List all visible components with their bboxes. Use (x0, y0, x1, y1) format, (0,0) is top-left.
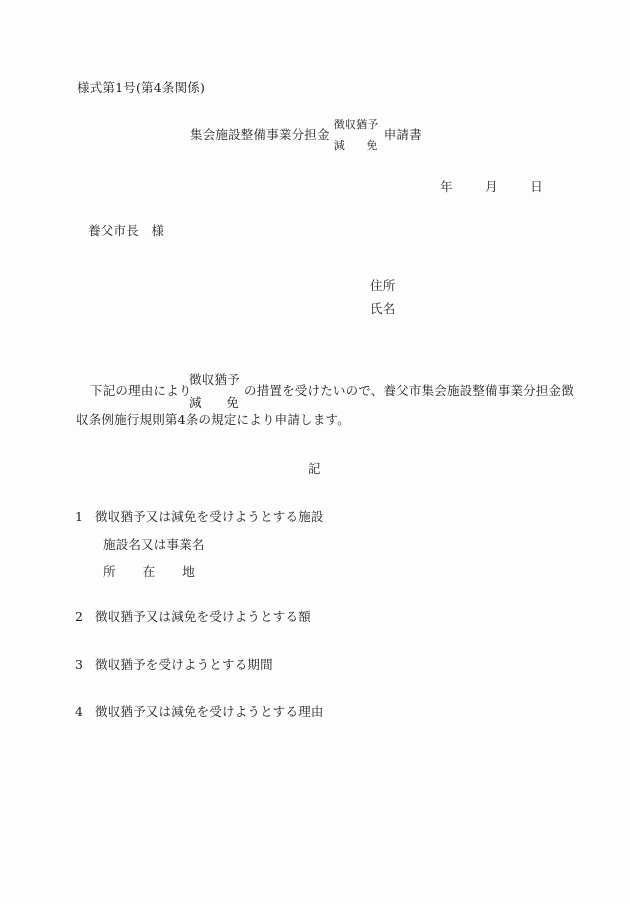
item-1-number: 1 (75, 509, 95, 524)
item-4-number: 4 (75, 704, 95, 719)
form-number: 様式第1号(第4条関係) (77, 80, 205, 95)
list-item-3: 3 徴収猶予を受けようとする期間 (75, 657, 273, 672)
location-char-2: 在 (143, 564, 156, 579)
body-stacked-options: 徴収猶予 減 免 (189, 368, 239, 414)
title-reduction-right-char: 免 (367, 135, 378, 156)
body-reduction-right-char: 免 (226, 391, 239, 414)
name-label: 氏名 (370, 301, 395, 316)
item-3-text: 徴収猶予を受けようとする期間 (95, 657, 273, 672)
list-item-2: 2 徴収猶予又は減免を受けようとする額 (75, 609, 311, 624)
date-day-label: 日 (530, 179, 543, 194)
body-option-deferment: 徴収猶予 (189, 368, 239, 391)
item-2-number: 2 (75, 609, 95, 624)
body-line1-before: 下記の理由により (90, 383, 192, 398)
item-1-facility-name-label: 施設名又は事業名 (103, 537, 205, 552)
location-char-1: 所 (103, 564, 116, 579)
item-4-text: 徴収猶予又は減免を受けようとする理由 (95, 704, 324, 719)
title-stacked-options: 徴収猶予 減 免 (334, 114, 378, 156)
address-label: 住所 (370, 278, 395, 293)
item-2-text: 徴収猶予又は減免を受けようとする額 (95, 609, 311, 624)
list-item-1: 1 徴収猶予又は減免を受けようとする施設 (75, 509, 324, 524)
item-1-location-label: 所 在 地 (103, 564, 195, 579)
document-title: 集会施設整備事業分担金 徴収猶予 減 免 申請書 (190, 113, 422, 156)
list-item-4: 4 徴収猶予又は減免を受けようとする理由 (75, 704, 324, 719)
title-suffix: 申請書 (384, 127, 422, 142)
title-option-deferment: 徴収猶予 (334, 114, 378, 135)
location-char-3: 地 (182, 564, 195, 579)
body-reduction-left-char: 減 (189, 391, 202, 414)
title-option-reduction: 減 免 (334, 135, 378, 156)
body-option-reduction: 減 免 (189, 391, 239, 414)
ki-marker: 記 (308, 461, 321, 476)
date-month-label: 月 (485, 179, 498, 194)
title-prefix: 集会施設整備事業分担金 (190, 127, 330, 142)
date-line: 年 月 日 (440, 179, 543, 194)
title-reduction-left-char: 減 (334, 135, 345, 156)
recipient-line: 養父市長 様 (88, 223, 164, 238)
date-year-label: 年 (440, 179, 453, 194)
item-3-number: 3 (75, 657, 95, 672)
body-line1-after: の措置を受けたいので、養父市集会施設整備事業分担金徴 (244, 383, 574, 398)
document-page: 様式第1号(第4条関係) 集会施設整備事業分担金 徴収猶予 減 免 申請書 年 … (0, 0, 630, 903)
item-1-text: 徴収猶予又は減免を受けようとする施設 (95, 509, 324, 524)
body-line2: 収条例施行規則第4条の規定により申請します。 (76, 412, 350, 427)
